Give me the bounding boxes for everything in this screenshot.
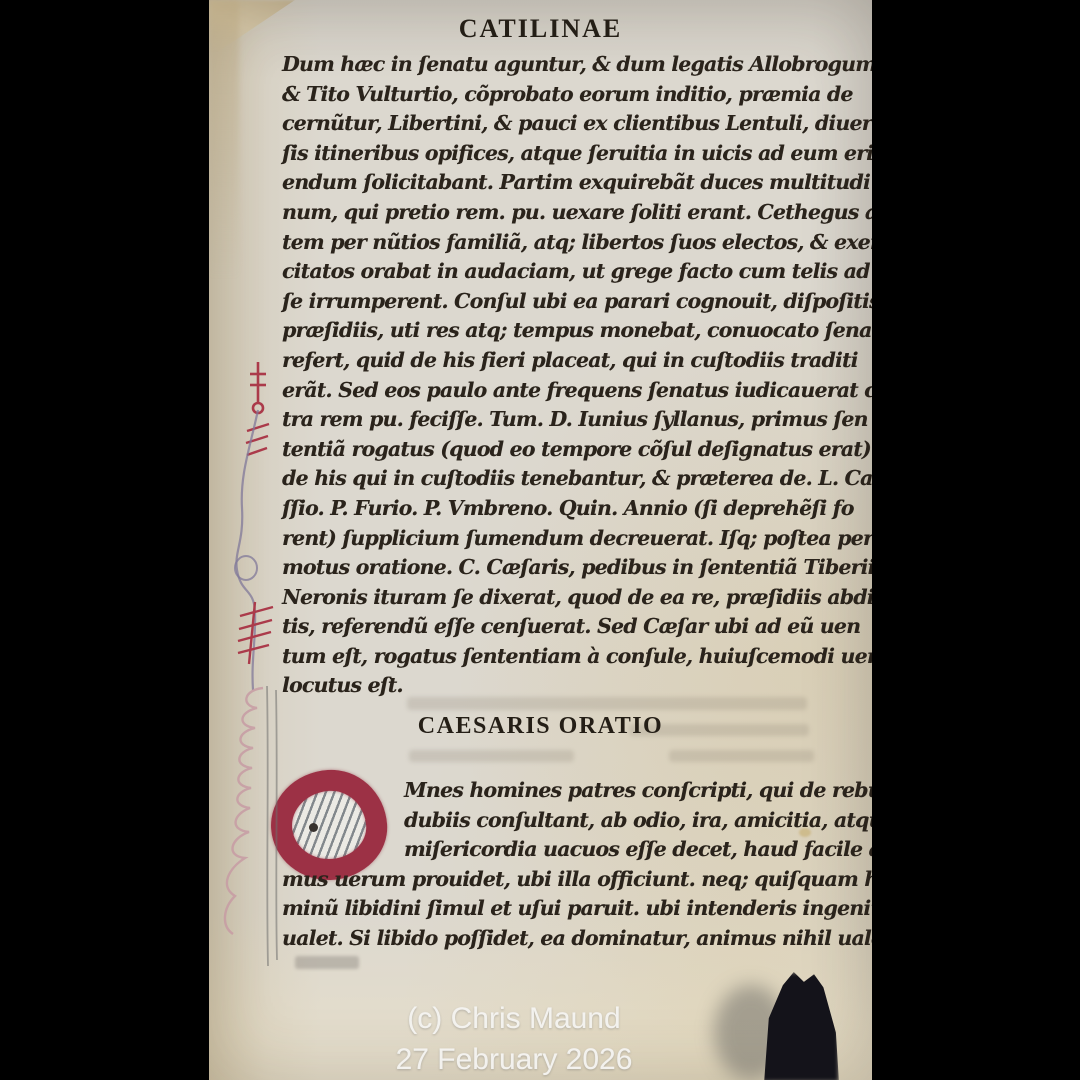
red-cross-mark — [250, 362, 266, 413]
print-line: tra rem pu. feciſſe. Tum. D. Iunius ſyll… — [282, 405, 822, 435]
print-line: mus uerum prouidet, ubi illa officiunt. … — [282, 865, 822, 895]
print-line: refert, quid de his fieri placeat, qui i… — [282, 346, 822, 376]
ink-loop — [235, 556, 257, 580]
watermark-credit: (c) Chris Maund — [0, 998, 1028, 1039]
print-line: num, qui pretio rem. pu. uexare ſoliti e… — [282, 198, 822, 228]
print-line: minũ libidini ſimul et uſui paruit. ubi … — [282, 894, 822, 924]
print-line: tis, referendũ eſſe cenſuerat. Sed Cæſar… — [282, 612, 822, 642]
initial-letter: O — [271, 770, 272, 771]
book-page: CATILINAE Dum hæc in ſenatu aguntur, & d… — [209, 0, 872, 1080]
oration-text-block: Mnes homines patres conſcripti, qui de r… — [282, 776, 822, 954]
small-stain — [799, 828, 811, 837]
print-line: cernũtur, Libertini, & pauci ex clientib… — [282, 109, 822, 139]
red-hash-marks-lower — [238, 602, 273, 664]
verso-showthrough — [669, 750, 814, 762]
oration-full-lines: mus uerum prouidet, ubi illa officiunt. … — [282, 865, 822, 954]
print-line: ſe irrumperent. Conſul ubi ea parari cog… — [282, 287, 822, 317]
print-line: de his qui in cuſtodiis tenebantur, & pr… — [282, 464, 822, 494]
copyright-watermark: (c) Chris Maund 27 February 2026 — [0, 998, 1080, 1080]
print-line: Mnes homines patres conſcripti, qui de r… — [282, 776, 822, 806]
body-text-block: Dum hæc in ſenatu aguntur, & dum legatis… — [282, 50, 822, 701]
print-line: & Tito Vulturtio, cõprobato eorum inditi… — [282, 80, 822, 110]
print-line: ualet. Si libido poſſidet, ea dominatur,… — [282, 924, 822, 954]
verso-showthrough — [409, 750, 574, 762]
print-line: dubiis conſultant, ab odio, ira, amiciti… — [282, 806, 822, 836]
verso-showthrough — [407, 697, 807, 710]
print-line: tentiã rogatus (quod eo tempore cõſul de… — [282, 435, 822, 465]
print-line: miſericordia uacuos eſſe decet, haud fac… — [282, 835, 822, 865]
page-title: CATILINAE — [209, 14, 872, 44]
print-line: ſſio. P. Furio. P. Vmbreno. Quin. Annio … — [282, 494, 822, 524]
photo-frame: CATILINAE Dum hæc in ſenatu aguntur, & d… — [0, 0, 1080, 1080]
print-line: Neronis ituram ſe dixerat, quod de ea re… — [282, 583, 822, 613]
print-line: ſis itineribus opifices, atque ſeruitia … — [282, 139, 822, 169]
print-line: præſidiis, uti res atq; tempus monebat, … — [282, 316, 822, 346]
print-line: rent) ſupplicium ſumendum decreuerat. Iſ… — [282, 524, 822, 554]
ink-wavy-line — [236, 410, 258, 690]
red-hash-marks-upper — [246, 424, 269, 455]
print-line: Dum hæc in ſenatu aguntur, & dum legatis… — [282, 50, 822, 80]
print-line: tem per nũtios familiã, atq; libertos ſu… — [282, 228, 822, 258]
print-line: citatos orabat in audaciam, ut grege fac… — [282, 257, 822, 287]
print-line: endum ſolicitabant. Partim exquirebãt du… — [282, 168, 822, 198]
print-line: motus oratione. C. Cæſaris, pedibus in ſ… — [282, 553, 822, 583]
watermark-date: 27 February 2026 — [0, 1039, 1028, 1080]
faded-catchword-smudge — [295, 956, 359, 969]
oration-heading: CAESARIS ORATIO — [209, 712, 872, 740]
print-line: erãt. Sed eos paulo ante frequens ſenatu… — [282, 376, 822, 406]
oration-indented-lines: Mnes homines patres conſcripti, qui de r… — [282, 776, 822, 865]
print-line: tum eſt, rogatus ſententiam à conſule, h… — [282, 642, 822, 672]
